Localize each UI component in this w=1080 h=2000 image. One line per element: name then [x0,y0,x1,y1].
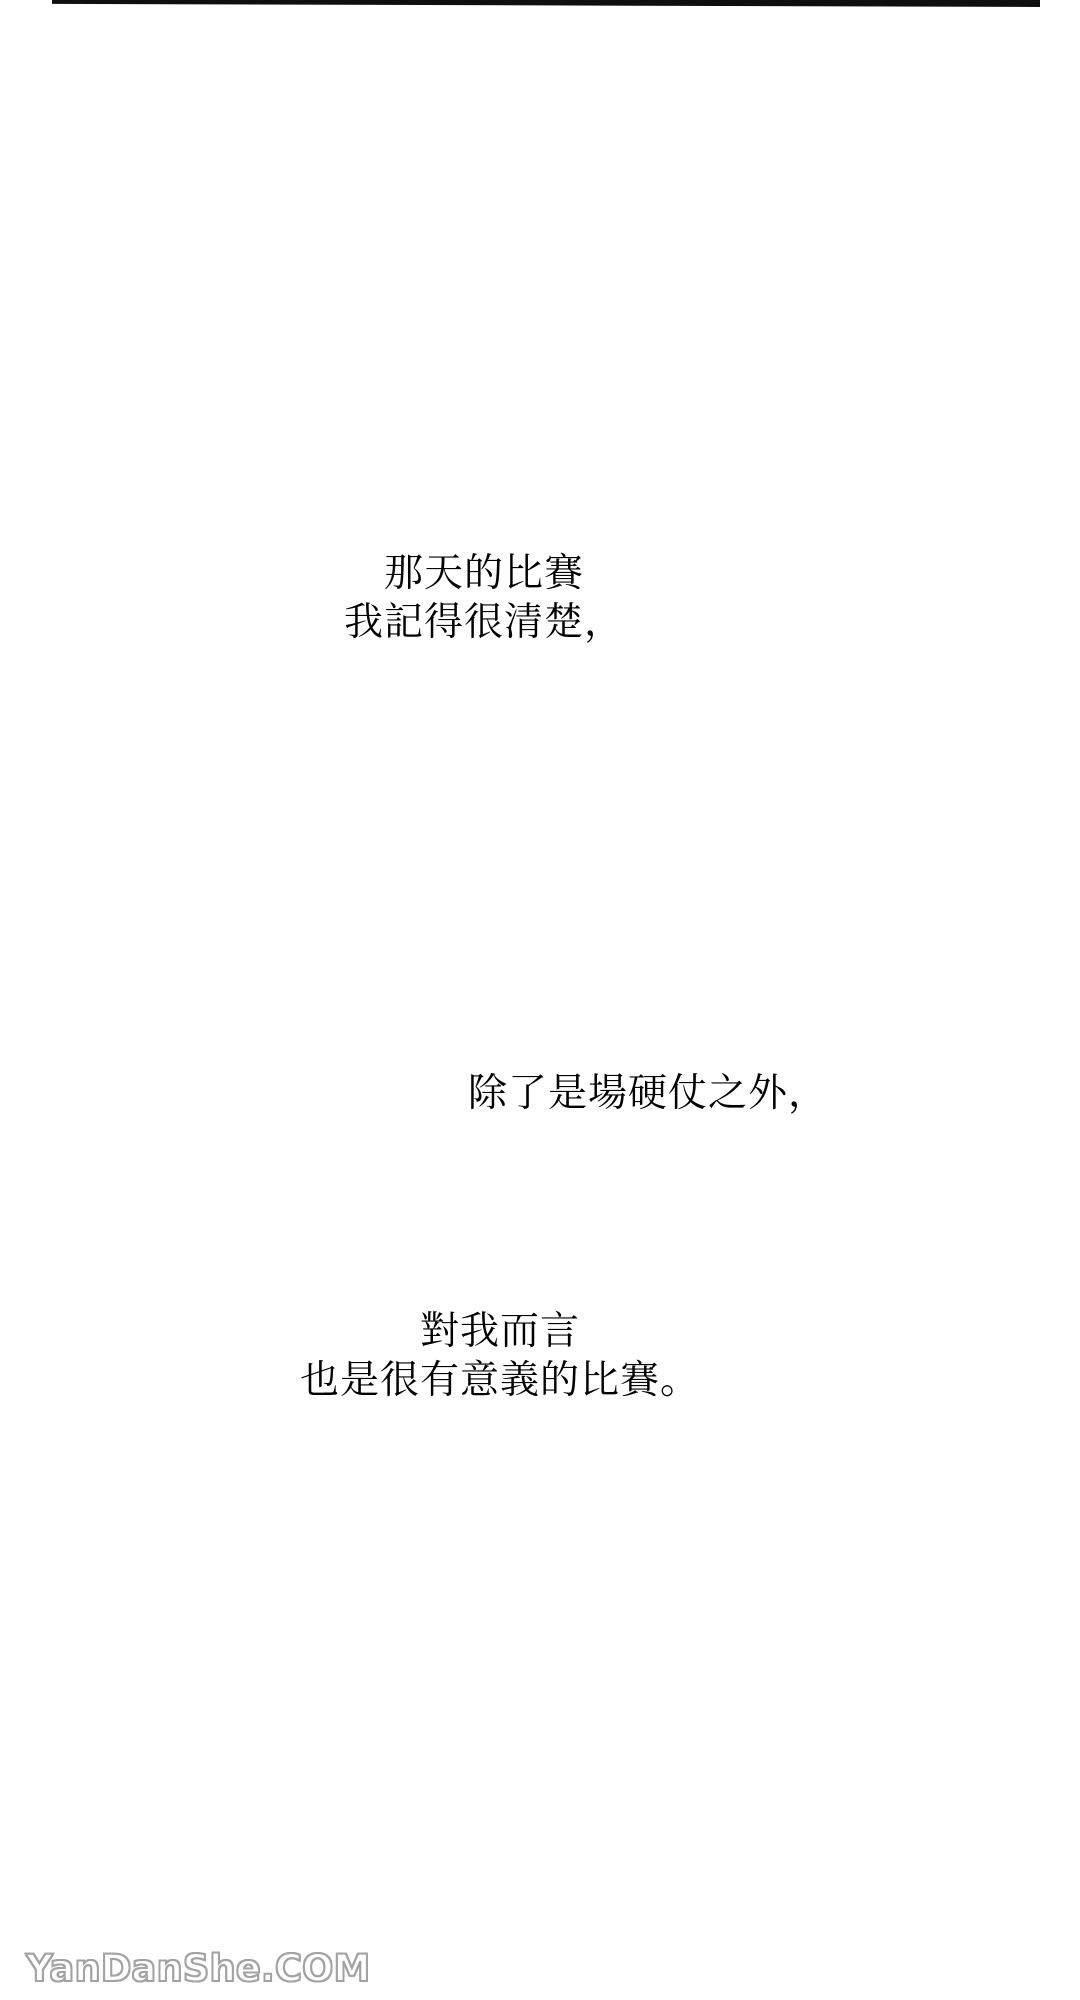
panel-border-top [52,0,1040,7]
narration-block-1: 那天的比賽 我記得很清楚， [224,549,744,647]
comic-page: 那天的比賽 我記得很清楚， 除了是場硬仗之外， 對我而言 也是很有意義的比賽。 … [0,0,1080,2000]
narration-line: 那天的比賽 [224,549,744,598]
watermark: YanDanShe.COM [26,1949,370,1989]
narration-block-3: 對我而言 也是很有意義的比賽。 [240,1307,760,1405]
narration-line: 對我而言 [240,1307,760,1356]
narration-line: 我記得很清楚， [224,598,744,647]
narration-line: 除了是場硬仗之外， [388,1069,908,1118]
narration-block-2: 除了是場硬仗之外， [388,1069,908,1118]
narration-line: 也是很有意義的比賽。 [240,1356,760,1405]
